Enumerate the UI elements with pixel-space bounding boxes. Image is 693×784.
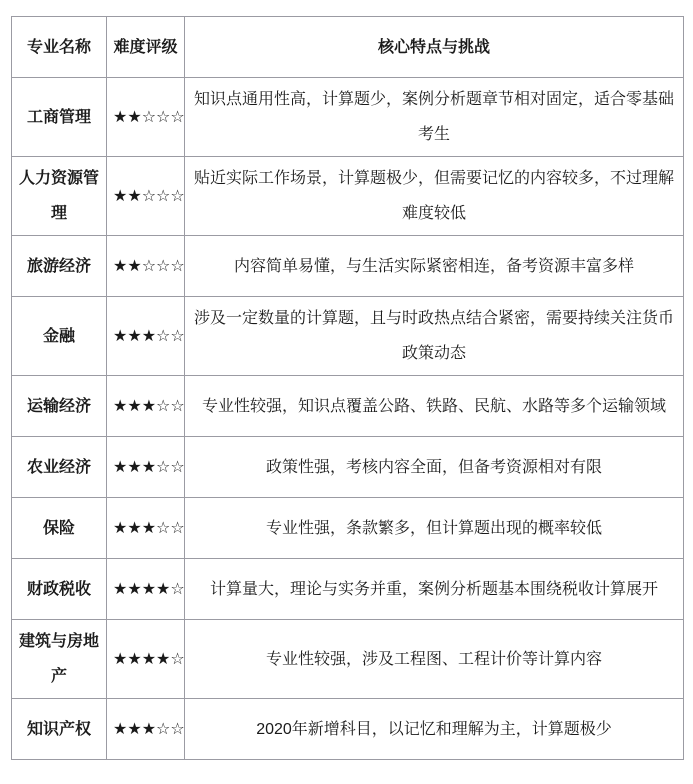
major-name-cell: 人力资源管理 (12, 157, 107, 236)
core-features-text: 专业性较强，涉及工程图、工程计价等计算内容 (185, 620, 684, 699)
major-name-cell: 建筑与房地产 (12, 620, 107, 699)
major-name-cell: 知识产权 (12, 699, 107, 760)
table-body: 工商管理★★☆☆☆知识点通用性高，计算题少，案例分析题章节相对固定，适合零基础考… (12, 78, 684, 760)
core-features-text: 计算量大，理论与实务并重，案例分析题基本围绕税收计算展开 (185, 559, 684, 620)
core-features-text: 专业性较强，知识点覆盖公路、铁路、民航、水路等多个运输领域 (185, 376, 684, 437)
core-features-text: 涉及一定数量的计算题，且与时政热点结合紧密，需要持续关注货币政策动态 (185, 297, 684, 376)
difficulty-rating-stars: ★★☆☆☆ (107, 157, 185, 236)
core-features-text: 政策性强，考核内容全面，但备考资源相对有限 (185, 437, 684, 498)
table-row: 工商管理★★☆☆☆知识点通用性高，计算题少，案例分析题章节相对固定，适合零基础考… (12, 78, 684, 157)
core-features-text: 贴近实际工作场景，计算题极少，但需要记忆的内容较多，不过理解难度较低 (185, 157, 684, 236)
column-header-major-name: 专业名称 (12, 17, 107, 78)
difficulty-rating-stars: ★★☆☆☆ (107, 78, 185, 157)
table-row: 建筑与房地产★★★★☆专业性较强，涉及工程图、工程计价等计算内容 (12, 620, 684, 699)
table-header: 专业名称 难度评级 核心特点与挑战 (12, 17, 684, 78)
table-row: 金融★★★☆☆涉及一定数量的计算题，且与时政热点结合紧密，需要持续关注货币政策动… (12, 297, 684, 376)
major-name-cell: 农业经济 (12, 437, 107, 498)
core-features-text: 专业性强，条款繁多，但计算题出现的概率较低 (185, 498, 684, 559)
core-features-text: 2020年新增科目，以记忆和理解为主，计算题极少 (185, 699, 684, 760)
difficulty-rating-stars: ★★★☆☆ (107, 699, 185, 760)
major-name-cell: 金融 (12, 297, 107, 376)
header-row: 专业名称 难度评级 核心特点与挑战 (12, 17, 684, 78)
table-row: 知识产权★★★☆☆2020年新增科目，以记忆和理解为主，计算题极少 (12, 699, 684, 760)
core-features-text: 知识点通用性高，计算题少，案例分析题章节相对固定，适合零基础考生 (185, 78, 684, 157)
difficulty-rating-stars: ★★★☆☆ (107, 376, 185, 437)
difficulty-rating-stars: ★★☆☆☆ (107, 236, 185, 297)
difficulty-rating-stars: ★★★★☆ (107, 620, 185, 699)
table-row: 旅游经济★★☆☆☆内容简单易懂，与生活实际紧密相连，备考资源丰富多样 (12, 236, 684, 297)
major-name-cell: 财政税收 (12, 559, 107, 620)
difficulty-rating-stars: ★★★☆☆ (107, 297, 185, 376)
table-row: 保险★★★☆☆专业性强，条款繁多，但计算题出现的概率较低 (12, 498, 684, 559)
major-name-cell: 旅游经济 (12, 236, 107, 297)
column-header-core-features: 核心特点与挑战 (185, 17, 684, 78)
major-name-cell: 保险 (12, 498, 107, 559)
core-features-text: 内容简单易懂，与生活实际紧密相连，备考资源丰富多样 (185, 236, 684, 297)
column-header-difficulty-rating: 难度评级 (107, 17, 185, 78)
table-row: 人力资源管理★★☆☆☆贴近实际工作场景，计算题极少，但需要记忆的内容较多，不过理… (12, 157, 684, 236)
majors-difficulty-table: 专业名称 难度评级 核心特点与挑战 工商管理★★☆☆☆知识点通用性高，计算题少，… (11, 16, 684, 760)
table-row: 农业经济★★★☆☆政策性强，考核内容全面，但备考资源相对有限 (12, 437, 684, 498)
difficulty-rating-stars: ★★★☆☆ (107, 498, 185, 559)
table-row: 运输经济★★★☆☆专业性较强，知识点覆盖公路、铁路、民航、水路等多个运输领域 (12, 376, 684, 437)
major-name-cell: 运输经济 (12, 376, 107, 437)
difficulty-rating-stars: ★★★☆☆ (107, 437, 185, 498)
difficulty-rating-stars: ★★★★☆ (107, 559, 185, 620)
table-row: 财政税收★★★★☆计算量大，理论与实务并重，案例分析题基本围绕税收计算展开 (12, 559, 684, 620)
major-name-cell: 工商管理 (12, 78, 107, 157)
